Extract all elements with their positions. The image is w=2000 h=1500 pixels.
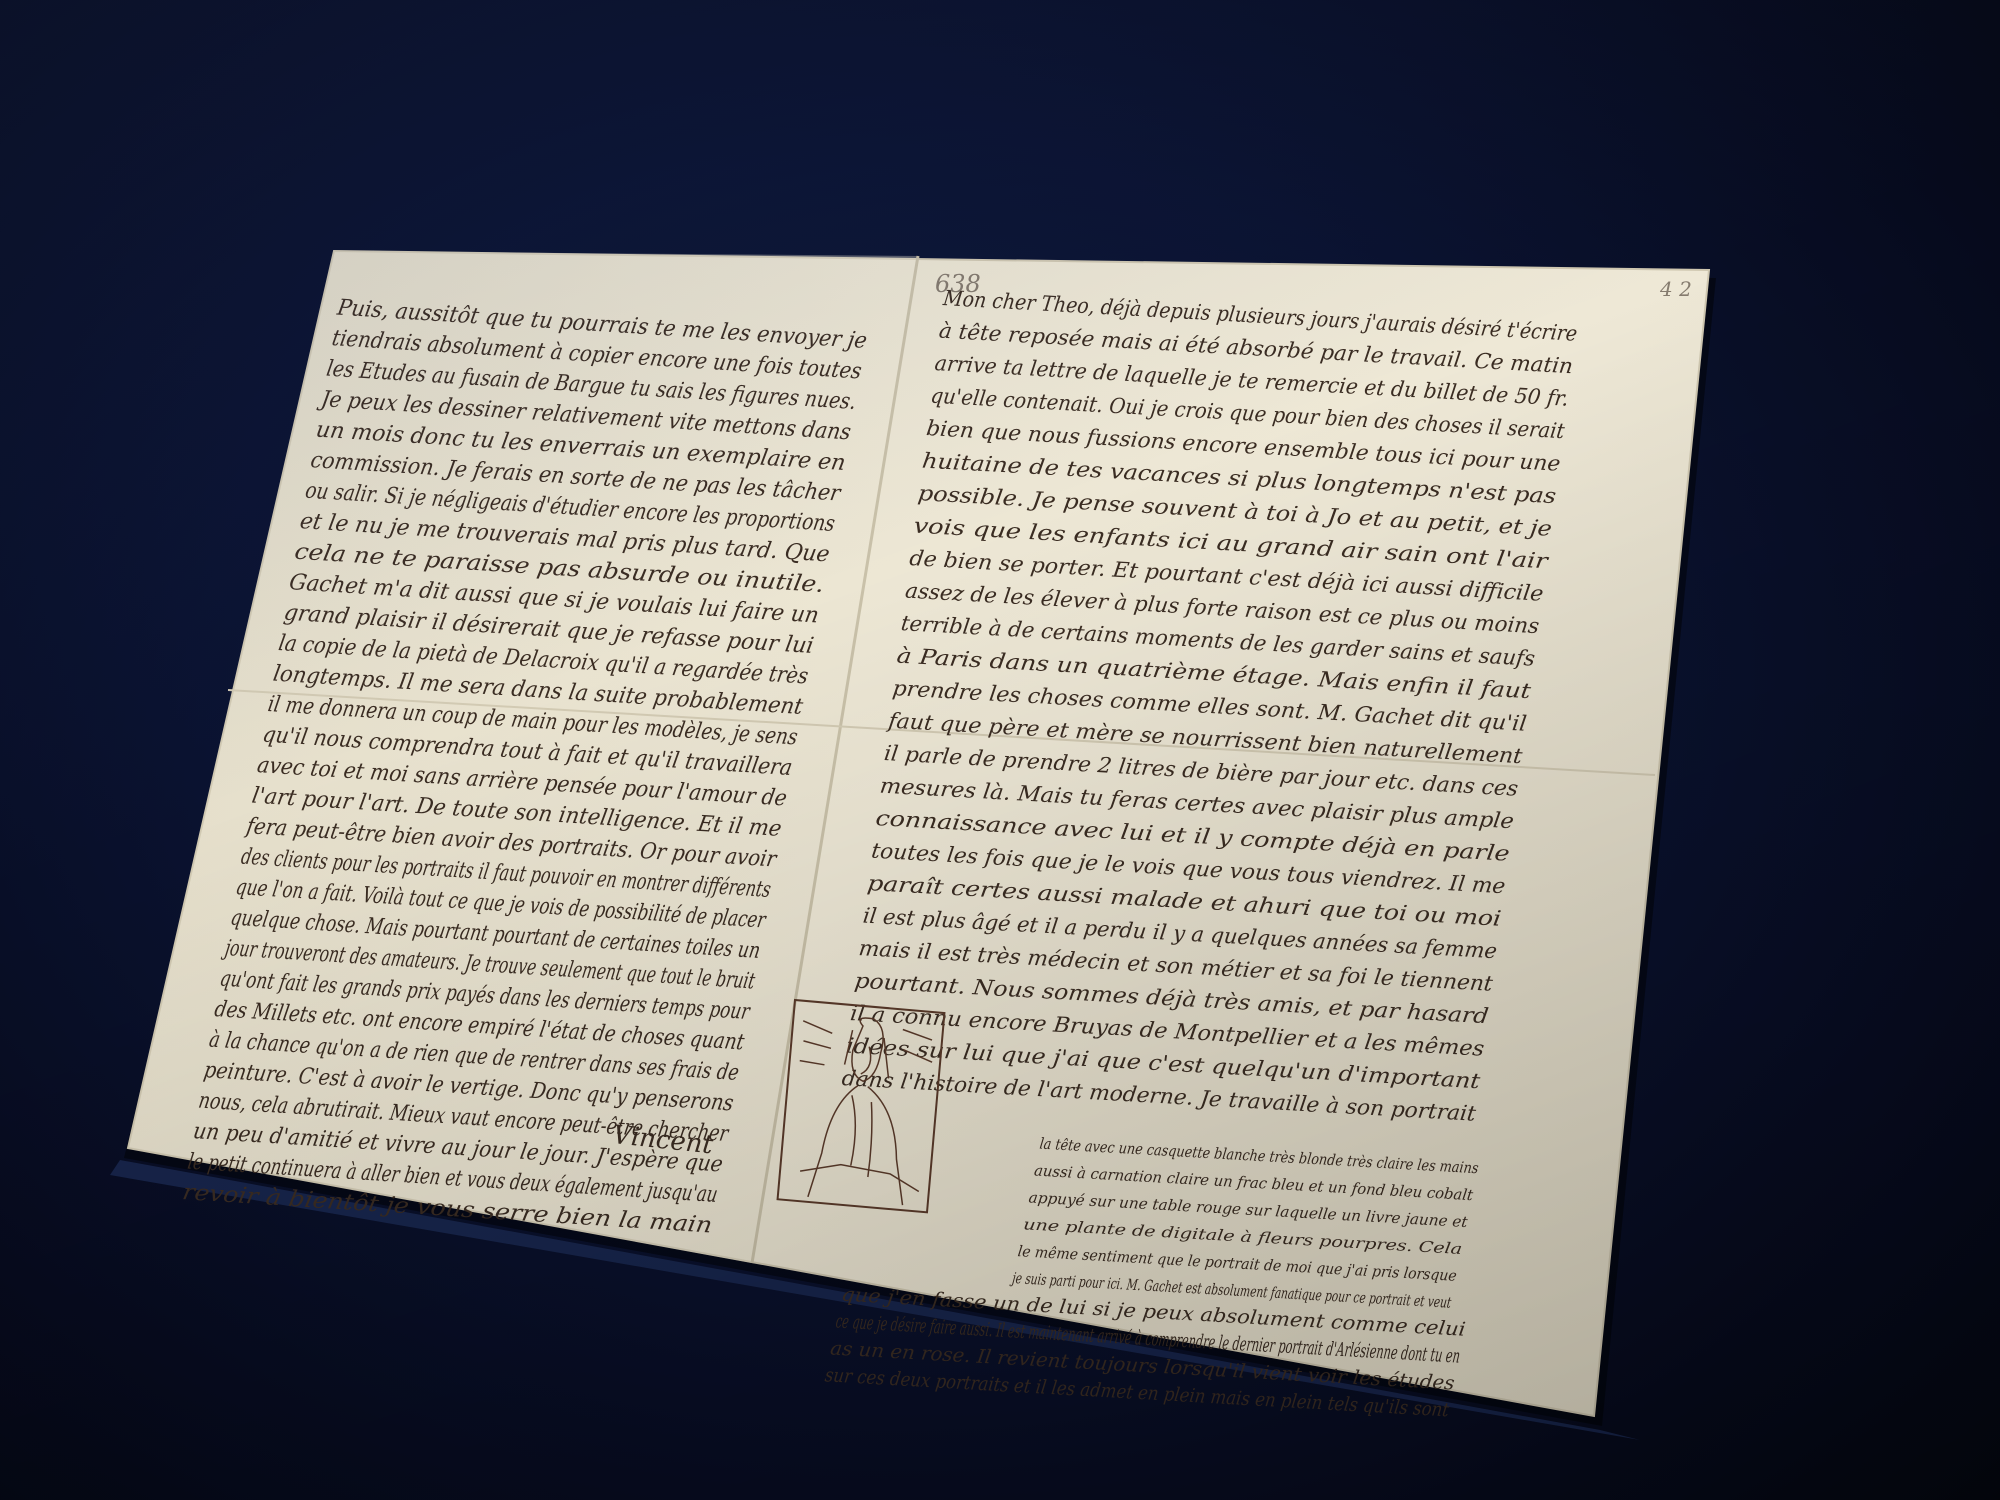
letter-display: Puis, aussitôt que tu pourrais te me les… — [0, 0, 2000, 1500]
page-number: 638 — [935, 270, 981, 298]
corner-mark: 4 2 — [1659, 277, 1692, 301]
letter-svg: Puis, aussitôt que tu pourrais te me les… — [0, 0, 2000, 1500]
